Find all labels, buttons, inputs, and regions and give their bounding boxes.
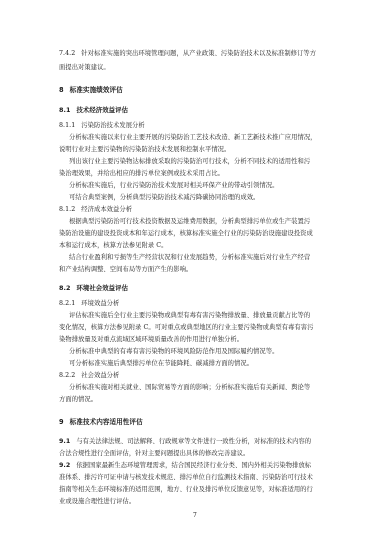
- section-7-4-2-line-1: 7.4.2针对标准实施的突出环境管理问题，从产业政策、污染防治技术以及标准制修订…: [59, 50, 316, 58]
- heading-section-8-2: 8.2环境社会效益评估: [59, 284, 128, 292]
- heading-text: 经济成本效益分析: [81, 206, 132, 213]
- heading-text: 社会效益分析: [81, 372, 119, 379]
- paragraph-line: 染物排放量及对重点流域区域环境质量改善的作用进行单独分析。: [59, 336, 243, 344]
- section-number: 9.2: [59, 462, 70, 470]
- paragraph-text: 针对标准实施的突出环境管理问题，从产业政策、污染防治技术以及标准制修订等方: [81, 50, 316, 57]
- page-number: 7: [193, 512, 197, 520]
- paragraph-text: 依据国家最新生态环境管理需求，结合国民经济行业分类、国内外相关污染物排放标: [76, 462, 311, 469]
- paragraph-line: 分析标准实施后，行业污染防治技术发展对相关环保产业的带动引领情况。: [69, 182, 278, 190]
- paragraph-line: 说明行业对主要污染物的污染防治技术发展和控制水平情况。: [59, 146, 230, 154]
- section-number: 9.1: [59, 438, 70, 446]
- heading-text: 环境效益分析: [81, 300, 119, 307]
- heading-section-8-1-2: 8.1.2经济成本效益分析: [59, 206, 132, 214]
- document-page: 7.4.2针对标准实施的突出环境管理问题，从产业政策、污染防治技术以及标准制修订…: [59, 0, 334, 551]
- paragraph-line: 染治理效果，并给出相应的排污单位案例或技术采用占比。: [59, 170, 224, 178]
- section-number: 8.2: [59, 284, 70, 292]
- paragraph-line: 染防治设施的建设投资成本和年运行成本，核算标准实施全行业的污染防治设施建设投资成: [59, 230, 313, 238]
- heading-section-8-2-1: 8.2.1环境效益分析: [59, 300, 119, 308]
- section-7-4-2-line-2: 面提出对策建议。: [59, 64, 110, 72]
- paragraph-line: 结合行业盈利和亏损等生产经营状况和行业发展趋势，分析标准实施后对行业生产经营: [69, 254, 310, 262]
- section-number: 8.1: [59, 106, 70, 114]
- section-number: 8.1.1: [59, 122, 75, 130]
- section-9-2-line-1: 9.2依据国家最新生态环境管理需求，结合国民经济行业分类、国内外相关污染物排放标: [59, 462, 311, 470]
- paragraph-line: 合法合规性进行全面评估，针对主要问题提出具体的修改完善建议。: [59, 450, 249, 458]
- paragraph-line: 分析标准实施以来行业主要开展的污染防治工艺技术改造、新工艺新技术推广应用情况，: [69, 134, 317, 142]
- paragraph-line: 业或设施合理性进行评估。: [59, 498, 135, 506]
- paragraph-line: 列出该行业主要污染物达标排放采取的污染防治可行技术，分析不同技术的适用性和污: [69, 158, 310, 166]
- heading-section-8-2-2: 8.2.2社会效益分析: [59, 372, 119, 380]
- paragraph-line: 根据典型污染防治可行技术投资数据及运维费用数据，分析典型排污单位或生产装置污: [69, 218, 310, 226]
- heading-text: 标准技术内容适用性评估: [70, 418, 143, 426]
- section-number: 7.4.2: [59, 50, 75, 58]
- heading-section-8-1-1: 8.1.1污染防治技术发展分析: [59, 122, 145, 130]
- paragraph-line: 指南等相关生态环境标准的适用范围，地方、行业及排污单位反馈意见等，对标准适用的行: [59, 486, 313, 494]
- paragraph-line: 可分析标准实施后典型排污单位在节能降耗、碳减排方面的情况。: [69, 360, 253, 368]
- paragraph-line: 和产业结构调整、空间布局等方面产生的影响。: [59, 266, 192, 274]
- heading-text: 技术经济效益评估: [76, 106, 128, 114]
- section-number: 9: [59, 418, 64, 426]
- paragraph-line: 变化情况，核算方法参见附录 C。可对重点或典型地区的行业主要污染物或典型有毒有害…: [59, 324, 313, 332]
- heading-section-9: 9标准技术内容适用性评估: [59, 418, 143, 426]
- paragraph-line: 准体系、排污许可证申请与核发技术规范、排污单位自行监测技术指南、污染防治可行技术: [59, 474, 313, 482]
- paragraph-line: 评估标准实施后全行业主要污染物或典型有毒有害污染物排放量、排放量贡献占比等的: [69, 312, 310, 320]
- section-number: 8.1.2: [59, 206, 75, 214]
- section-number: 8.2.1: [59, 300, 75, 308]
- heading-text: 污染防治技术发展分析: [81, 122, 144, 129]
- section-number: 8.2.2: [59, 372, 75, 380]
- heading-section-8: 8标准实施绩效评估: [59, 86, 123, 94]
- paragraph-text: 与有关法律法规、司法解释、行政规章等文件进行一致性分析，对标准的技术内容的: [76, 438, 311, 445]
- section-9-1-line-1: 9.1与有关法律法规、司法解释、行政规章等文件进行一致性分析，对标准的技术内容的: [59, 438, 311, 446]
- paragraph-line: 本和运行成本，核算方法参见附录 C。: [59, 242, 167, 250]
- paragraph-line: 分析标准中典型的有毒有害污染物的环境风险防范作用及国际履约情况等。: [69, 348, 278, 356]
- heading-section-8-1: 8.1技术经济效益评估: [59, 106, 128, 114]
- paragraph-line: 方面的情况。: [59, 396, 97, 404]
- heading-text: 标准实施绩效评估: [70, 86, 123, 94]
- paragraph-line: 可结合典型案例，分析典型污染防治技术减污降碳协同治理的成效。: [69, 194, 259, 202]
- paragraph-line: 分析标准实施对相关就业、国际贸易等方面的影响；分析标准实施后有关新闻、舆论等: [69, 384, 310, 392]
- section-number: 8: [59, 86, 64, 94]
- heading-text: 环境社会效益评估: [76, 284, 128, 292]
